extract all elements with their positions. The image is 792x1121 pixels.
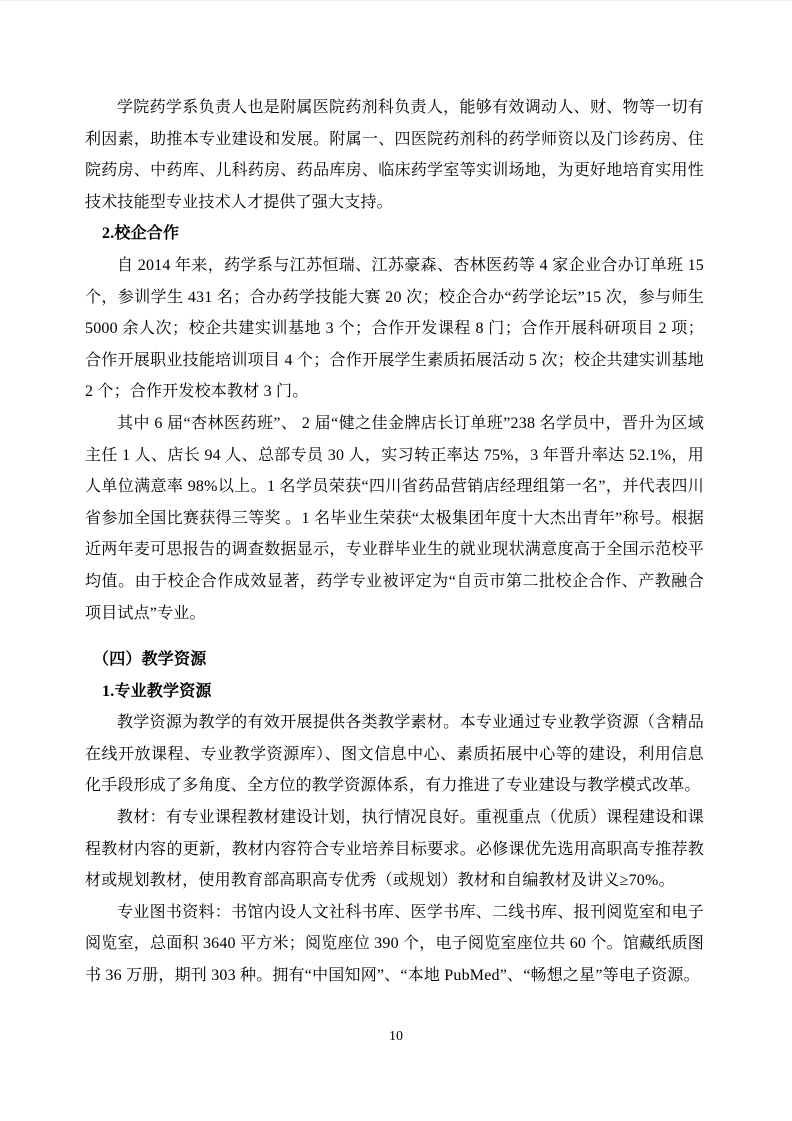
document-page: 学院药学系负责人也是附属医院药剂科负责人，能够有效调动人、财、物等一切有利因素，… (0, 0, 792, 1121)
paragraph-library-resources: 专业图书资料：书馆内设人文社科书库、医学书库、二线书库、报刊阅览室和电子阅览室，… (85, 897, 704, 992)
paragraph-cooperation-statistics: 自 2014 年来，药学系与江苏恒瑞、江苏豪森、杏林医药等 4 家企业合办订单班… (85, 250, 704, 408)
paragraph-teaching-resources-overview: 教学资源为教学的有效开展提供各类教学素材。本专业通过专业教学资源（含精品在线开放… (85, 707, 704, 802)
heading-school-enterprise-cooperation: 2.校企合作 (85, 218, 704, 250)
page-number: 10 (0, 1029, 792, 1045)
heading-teaching-resources-section: （四）教学资源 (85, 644, 704, 676)
heading-professional-teaching-resources: 1.专业教学资源 (85, 676, 704, 708)
paragraph-order-class-outcomes: 其中 6 届“杏林医药班”、 2 届“健之佳金牌店长订单班”238 名学员中，晋… (85, 408, 704, 629)
document-body: 学院药学系负责人也是附属医院药剂科负责人，能够有效调动人、财、物等一切有利因素，… (85, 92, 704, 992)
paragraph-pharmacy-dept-support: 学院药学系负责人也是附属医院药剂科负责人，能够有效调动人、财、物等一切有利因素，… (85, 92, 704, 218)
paragraph-textbooks: 教材：有专业课程教材建设计划，执行情况良好。重视重点（优质）课程建设和课程教材内… (85, 802, 704, 897)
